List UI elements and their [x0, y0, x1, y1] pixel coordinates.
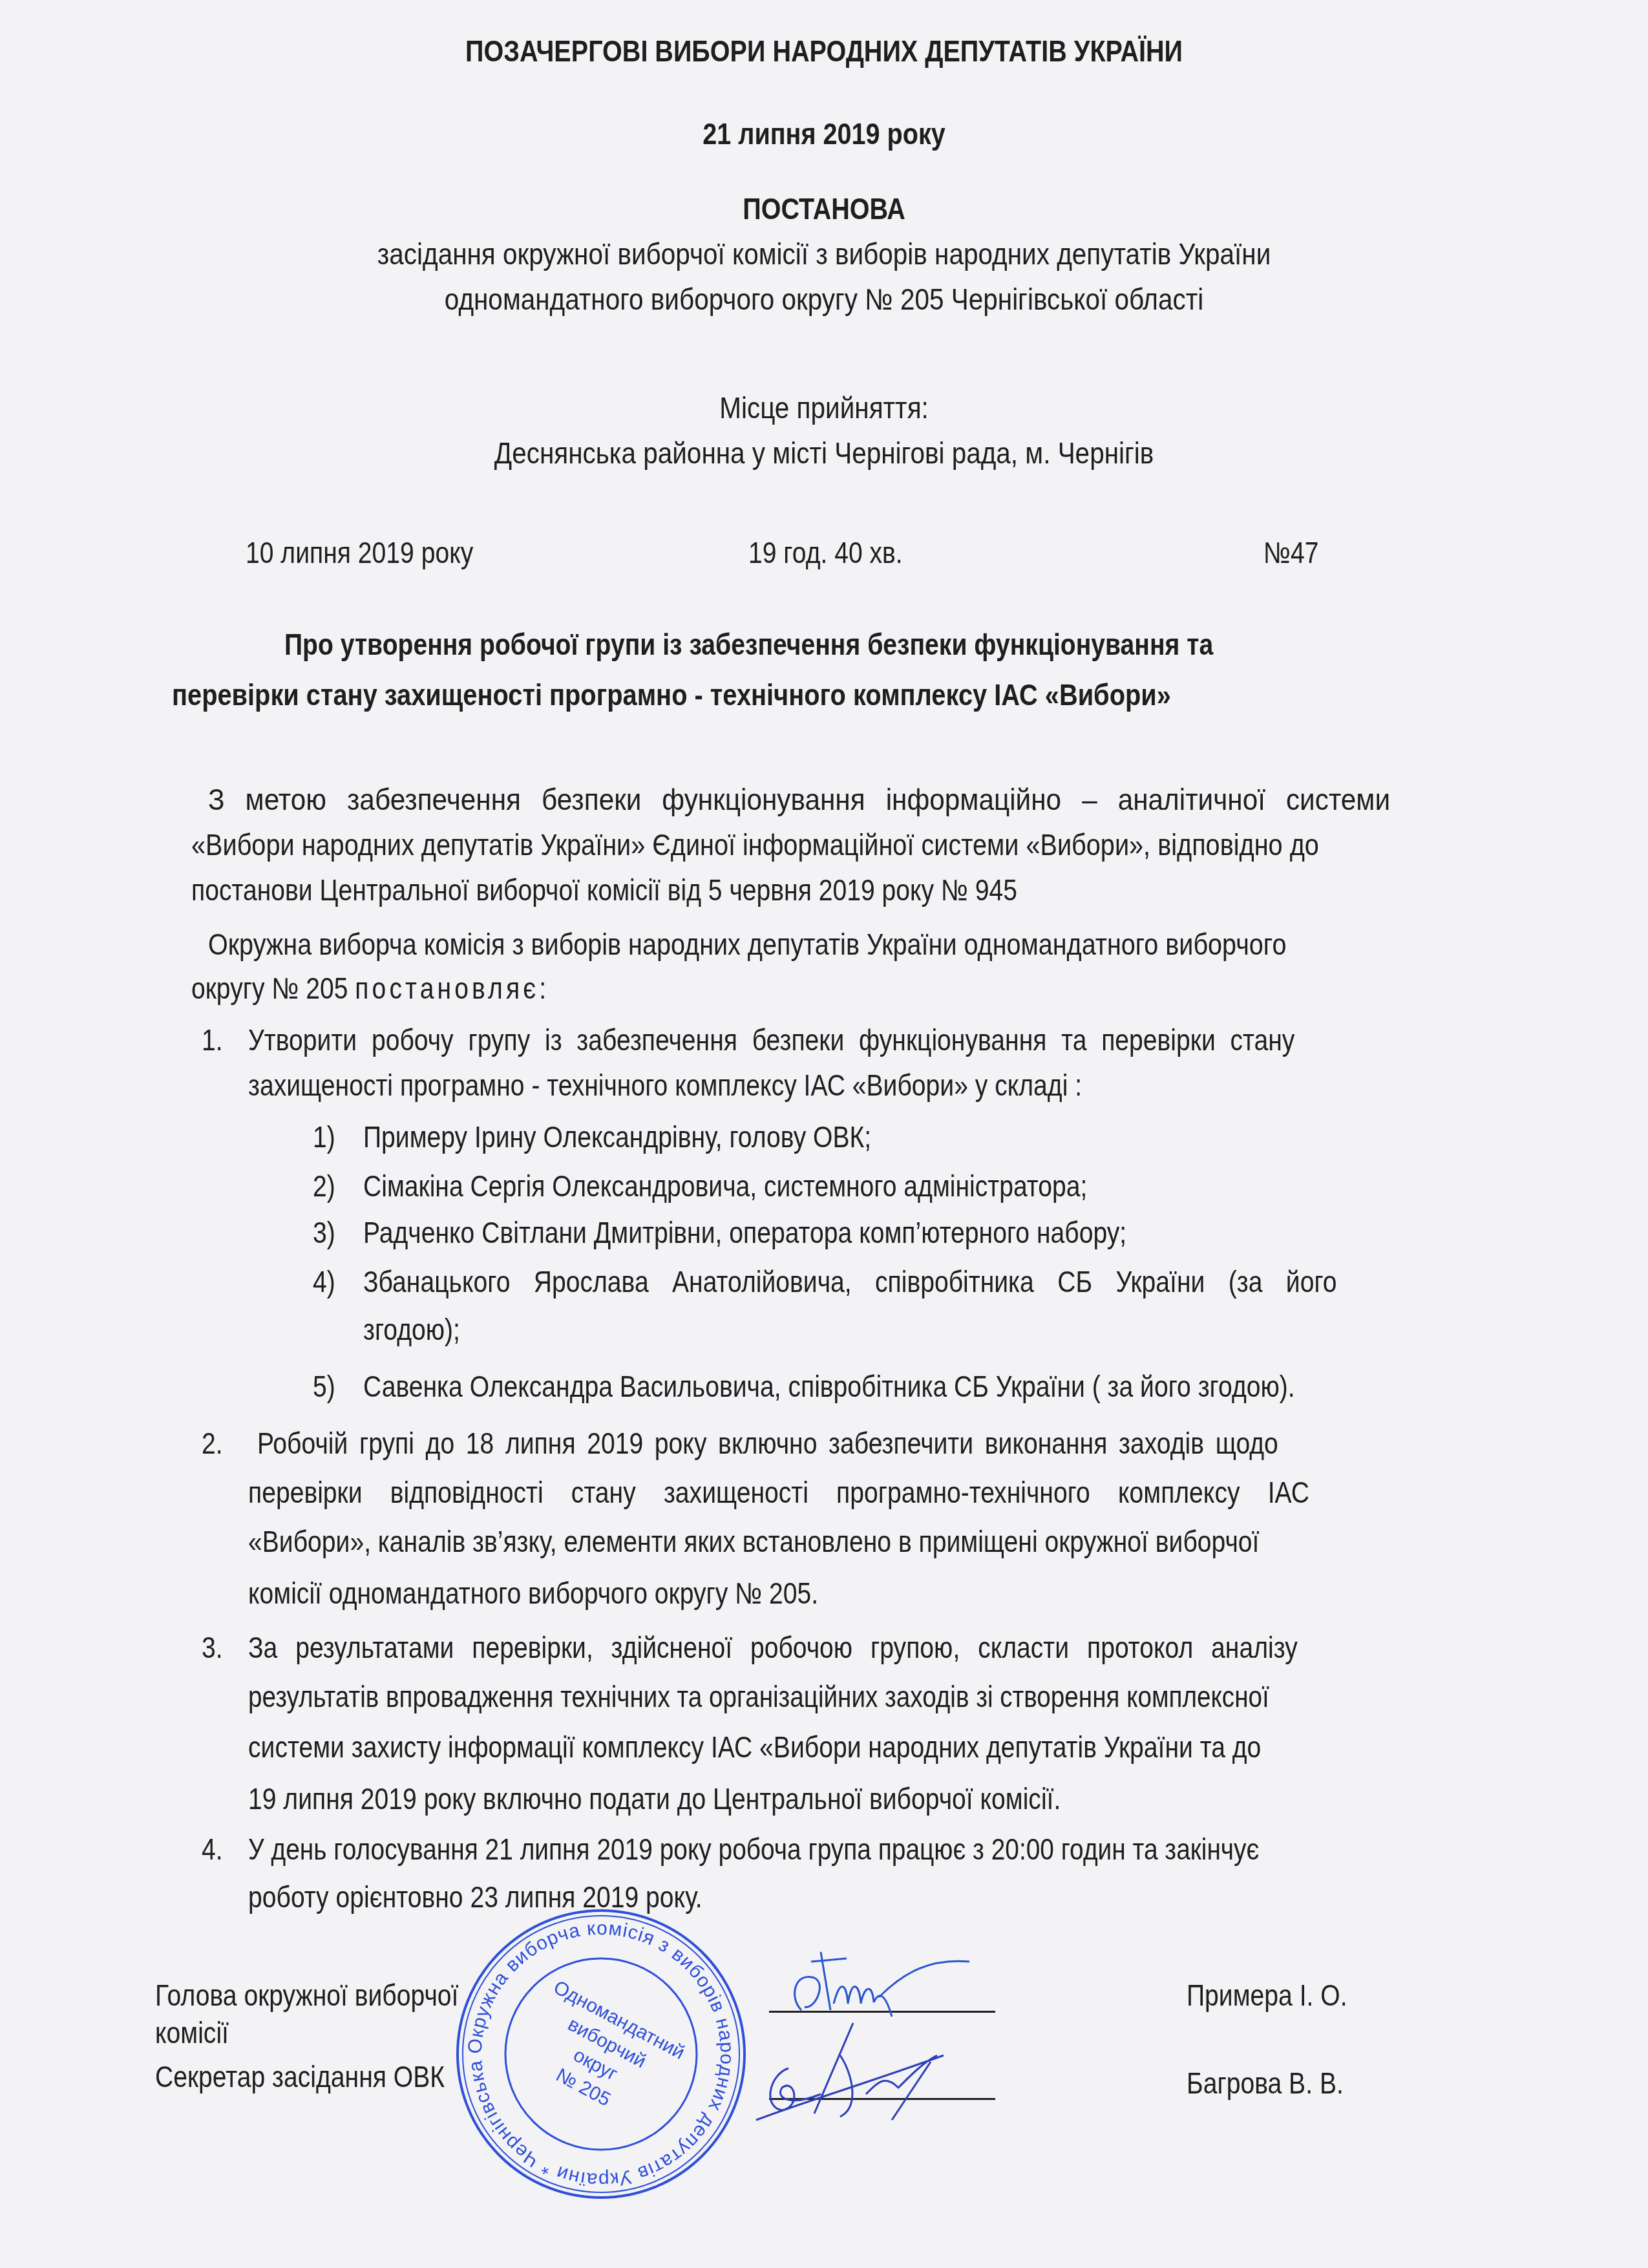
member-5-number: 5): [313, 1369, 335, 1404]
meta-number: №47: [1263, 535, 1318, 570]
secretary-name: Багрова В. В.: [1187, 2066, 1344, 2101]
chair-role-line1: Голова окружної виборчої: [155, 1978, 458, 2013]
item-4-number: 4.: [202, 1832, 223, 1867]
item-3-line4: 19 липня 2019 року включно подати до Цен…: [248, 1781, 1061, 1816]
meta-date: 10 липня 2019 року: [246, 535, 473, 570]
chair-role-line2: комісії: [155, 2015, 229, 2050]
doc-type: ПОСТАНОВА: [116, 191, 1533, 226]
item-4-line1: У день голосування 21 липня 2019 року ро…: [248, 1832, 1259, 1867]
election-date: 21 липня 2019 року: [116, 116, 1533, 151]
member-4-text: Збанацького Ярослава Анатолійовича, спів…: [363, 1264, 1337, 1299]
preamble-line3: постанови Центральної виборчої комісії в…: [191, 873, 1017, 907]
preamble-line2: «Вибори народних депутатів України» Єдин…: [191, 827, 1319, 862]
preamble-line1-text: З метою забезпечення безпеки функціонува…: [208, 782, 1390, 817]
subtitle-line1: засідання окружної виборчої комісії з ви…: [99, 237, 1549, 271]
resolves-word: постановляє:: [355, 971, 549, 1005]
member-5-text: Савенка Олександра Васильовича, співробі…: [363, 1369, 1295, 1404]
item-2-line1: Робочій групі до 18 липня 2019 року вклю…: [257, 1426, 1278, 1461]
member-3-text: Радченко Світлани Дмитрівни, оператора к…: [363, 1215, 1126, 1250]
member-1-text: Примеру Ірину Олександрівну, голову ОВК;: [363, 1119, 871, 1154]
document-page: ПОЗАЧЕРГОВІ ВИБОРИ НАРОДНИХ ДЕПУТАТІВ УК…: [0, 0, 1648, 2268]
resolution-title-line1: Про утворення робочої групи із забезпече…: [284, 627, 1213, 662]
item-3-number: 3.: [202, 1630, 223, 1665]
subtitle-line2: одномандатного виборчого округу № 205 Че…: [99, 282, 1549, 317]
member-3-number: 3): [313, 1215, 335, 1250]
member-1-number: 1): [313, 1119, 335, 1154]
preamble-line1: З метою забезпечення безпеки функціонува…: [208, 782, 1532, 817]
secretary-role: Секретар засідання ОВК: [155, 2059, 445, 2094]
item-2-number: 2.: [202, 1426, 223, 1461]
election-title: ПОЗАЧЕРГОВІ ВИБОРИ НАРОДНИХ ДЕПУТАТІВ УК…: [116, 34, 1533, 69]
preamble-line5-prefix: округу № 205: [191, 971, 355, 1005]
item-2-line4: комісії одномандатного виборчого округу …: [248, 1576, 818, 1611]
resolution-title-line2: перевірки стану захищеності програмно - …: [172, 677, 1171, 712]
member-2-number: 2): [313, 1169, 335, 1203]
preamble-line5: округу № 205 постановляє:: [191, 971, 549, 1006]
item-1-line1: Утворити робочу групу із забезпечення бе…: [248, 1023, 1294, 1057]
member-2-text: Сімакіна Сергія Олександровича, системно…: [363, 1169, 1087, 1203]
meta-time: 19 год. 40 хв.: [748, 535, 903, 570]
item-3-line3: системи захисту інформації комплексу ІАС…: [248, 1730, 1261, 1765]
member-4-number: 4): [313, 1264, 335, 1299]
official-seal-icon: Окружна виборча комісія з виборів народн…: [452, 1905, 750, 2203]
item-1-line2: захищеності програмно - технічного компл…: [248, 1068, 1082, 1103]
secretary-signature-icon: [743, 2017, 956, 2126]
item-1-number: 1.: [202, 1023, 223, 1057]
item-2-line3: «Вибори», каналів зв’язку, елементи яких…: [248, 1524, 1259, 1559]
preamble-line4: Окружна виборча комісія з виборів народн…: [208, 927, 1286, 962]
item-3-line2: результатів впровадження технічних та ор…: [248, 1679, 1269, 1714]
place-value: Деснянська районна у місті Чернігові рад…: [99, 436, 1549, 471]
chair-signature-icon: [776, 1933, 982, 2030]
item-3-line1: За результатами перевірки, здійсненої ро…: [248, 1630, 1298, 1665]
chair-name: Примера І. О.: [1187, 1978, 1347, 2013]
place-label: Місце прийняття:: [99, 390, 1549, 425]
item-2-line2: перевірки відповідності стану захищеност…: [248, 1475, 1309, 1510]
member-4-cont: згодою);: [363, 1312, 460, 1347]
